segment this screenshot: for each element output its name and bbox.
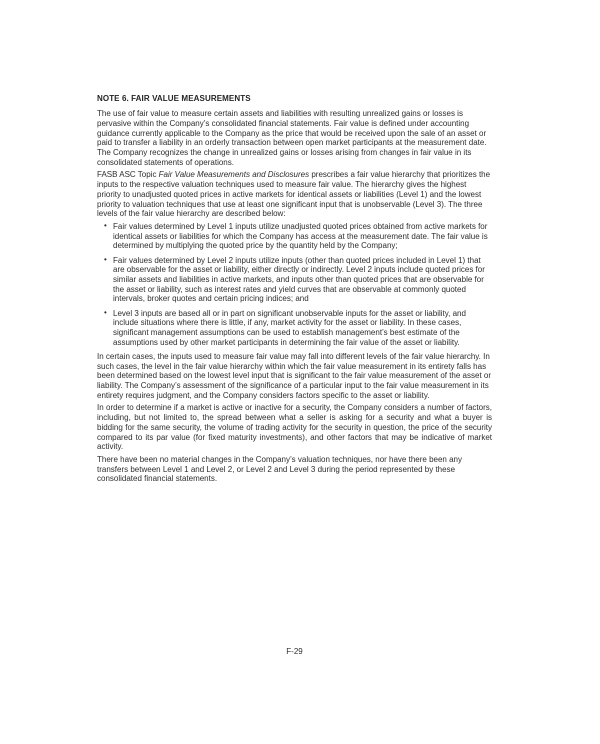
page-number: F-29	[97, 647, 492, 656]
note-content: NOTE 6. FAIR VALUE MEASUREMENTS The use …	[97, 94, 492, 487]
hierarchy-levels-list: • Fair values determined by Level 1 inpu…	[97, 222, 492, 347]
paragraph-fasb-prefix: FASB ASC Topic	[97, 170, 159, 179]
list-item-level-1: • Fair values determined by Level 1 inpu…	[97, 222, 492, 251]
paragraph-no-material-changes: There have been no material changes in t…	[97, 455, 492, 484]
list-item-level-2: • Fair values determined by Level 2 inpu…	[97, 256, 492, 305]
paragraph-fasb-hierarchy: FASB ASC Topic Fair Value Measurements a…	[97, 170, 492, 219]
topic-title-italic: Fair Value Measurements and Disclosures	[159, 170, 309, 179]
paragraph-market-activity: In order to determine if a market is act…	[97, 403, 492, 452]
bullet-icon: •	[104, 221, 107, 231]
list-item-level-2-text: Fair values determined by Level 2 inputs…	[113, 256, 485, 304]
note-heading: NOTE 6. FAIR VALUE MEASUREMENTS	[97, 94, 492, 104]
list-item-level-1-text: Fair values determined by Level 1 inputs…	[113, 222, 488, 250]
document-page: NOTE 6. FAIR VALUE MEASUREMENTS The use …	[0, 0, 600, 744]
paragraph-fair-value-intro: The use of fair value to measure certain…	[97, 109, 492, 167]
bullet-icon: •	[104, 308, 107, 318]
bullet-icon: •	[104, 255, 107, 265]
list-item-level-3: • Level 3 inputs are based all or in par…	[97, 309, 492, 348]
list-item-level-3-text: Level 3 inputs are based all or in part …	[113, 309, 466, 347]
paragraph-mixed-levels: In certain cases, the inputs used to mea…	[97, 352, 492, 401]
